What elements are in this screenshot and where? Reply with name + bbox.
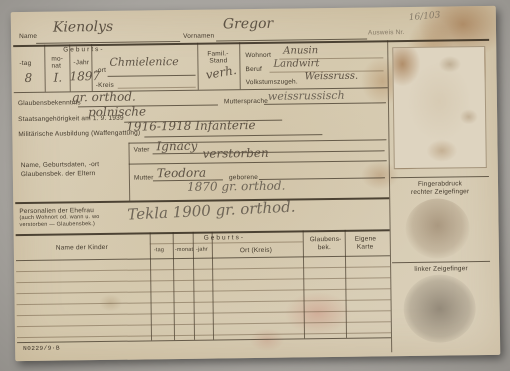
children-glauben-header: Glaubens-: [310, 236, 342, 243]
ausweis-label: Ausweis Nr.: [368, 29, 405, 36]
children-ort-header: Ort (Kreis): [240, 247, 272, 254]
vornamen-label: Vornamen: [183, 33, 214, 40]
table-row: [16, 277, 390, 283]
birth-jahr-label: -Jahr: [73, 59, 89, 66]
birth-tag-label: -tag: [19, 60, 31, 67]
vater-note: verstorben: [203, 147, 269, 160]
children-tag-header: -tag: [154, 248, 164, 254]
rule: [44, 45, 46, 92]
militaer-value: 1916-1918 Infanterie: [126, 119, 255, 133]
rule: [108, 75, 196, 77]
ehefrau-label: verstorben — Glaubensbek.): [19, 222, 95, 229]
table-row: [16, 288, 390, 294]
children-geburts-header: Geburts-: [204, 234, 245, 242]
rule: [197, 43, 199, 90]
table-row: [17, 321, 391, 327]
ehefrau-value: Tekla 1900 gr. orthod.: [127, 200, 296, 223]
rule: [239, 42, 241, 89]
familienstand-label: Stand: [209, 57, 227, 64]
children-jahr-header: -jahr: [196, 248, 208, 254]
militaer-label: Militärische Ausbildung (Waffengattung): [18, 130, 140, 139]
rule: [118, 87, 196, 89]
vater-label: Vater: [134, 146, 150, 153]
rule: [128, 143, 130, 201]
volkstum-value: Weissruss.: [305, 72, 359, 83]
mutter-label: Mutter: [134, 174, 154, 181]
children-glauben-header: bek.: [318, 244, 331, 251]
glauben-value: gr. orthod.: [72, 91, 136, 104]
fingerprint-left: [403, 274, 476, 343]
scan-background: Name Kienolys Vornamen Gregor Ausweis Nr…: [0, 0, 510, 371]
archive-stamp: N0229/9·B: [23, 345, 60, 352]
birth-ort-value: Chmielenice: [109, 56, 178, 68]
muttersprache-value: weissrussisch: [268, 90, 345, 102]
rule: [16, 255, 390, 261]
photo-area: [392, 46, 487, 169]
children-karte-header: Eigene: [355, 235, 377, 242]
table-row: [16, 266, 390, 272]
vornamen-value: Gregor: [223, 17, 273, 32]
name-value: Kienolys: [53, 20, 113, 35]
rule: [129, 160, 387, 164]
rule: [264, 102, 386, 105]
wohnort-label: Wohnort: [245, 52, 271, 59]
birth-monat-label: nat: [51, 63, 61, 70]
name-label: Name: [19, 33, 37, 40]
birth-monat-value: I.: [54, 72, 63, 84]
children-name-header: Name der Kinder: [56, 244, 108, 252]
vater-value: Ignacy: [156, 140, 197, 153]
fingerprint-right: [405, 198, 470, 259]
fingerprint-title: Fingerabdruck: [391, 180, 489, 188]
rule: [144, 134, 322, 137]
volkstum-label: Volkstumszugeh.: [246, 78, 298, 86]
children-monat-header: -monat: [175, 248, 193, 254]
birth-section-label: Geburts-: [63, 46, 104, 54]
mutter-value: Teodora: [157, 167, 206, 180]
ausweis-value: 16/103: [409, 11, 441, 23]
rule: [391, 176, 489, 178]
parents-section-label: Name, Geburtsdaten, -ort: [21, 161, 100, 169]
staatsang-value: polnische: [88, 105, 146, 118]
wohnort-value: Anusin: [283, 46, 318, 56]
birth-tag-value: 8: [25, 72, 33, 84]
personnel-card: Name Kienolys Vornamen Gregor Ausweis Nr…: [11, 6, 501, 361]
familienstand-value: verh.: [205, 64, 238, 81]
fingerprint-right-label: rechter Zeigefinger: [391, 188, 489, 196]
table-row: [17, 310, 391, 316]
rule: [17, 337, 391, 343]
muttersprache-label: Muttersprache: [224, 98, 268, 106]
beruf-label: Beruf: [245, 66, 262, 73]
fingerprint-left-label: linker Zeigefinger: [392, 265, 490, 273]
birth-ort-label: -ort: [95, 67, 106, 74]
table-row: [17, 299, 391, 305]
rule: [392, 261, 490, 263]
beruf-value: Landwirt: [273, 59, 319, 70]
birth-kreis-label: -Kreis: [96, 82, 114, 89]
children-karte-header: Karte: [357, 243, 374, 250]
mutter-note: 1870 gr. orthod.: [187, 180, 285, 193]
parents-section-label: Glaubensbek. der Eltern: [21, 170, 96, 178]
